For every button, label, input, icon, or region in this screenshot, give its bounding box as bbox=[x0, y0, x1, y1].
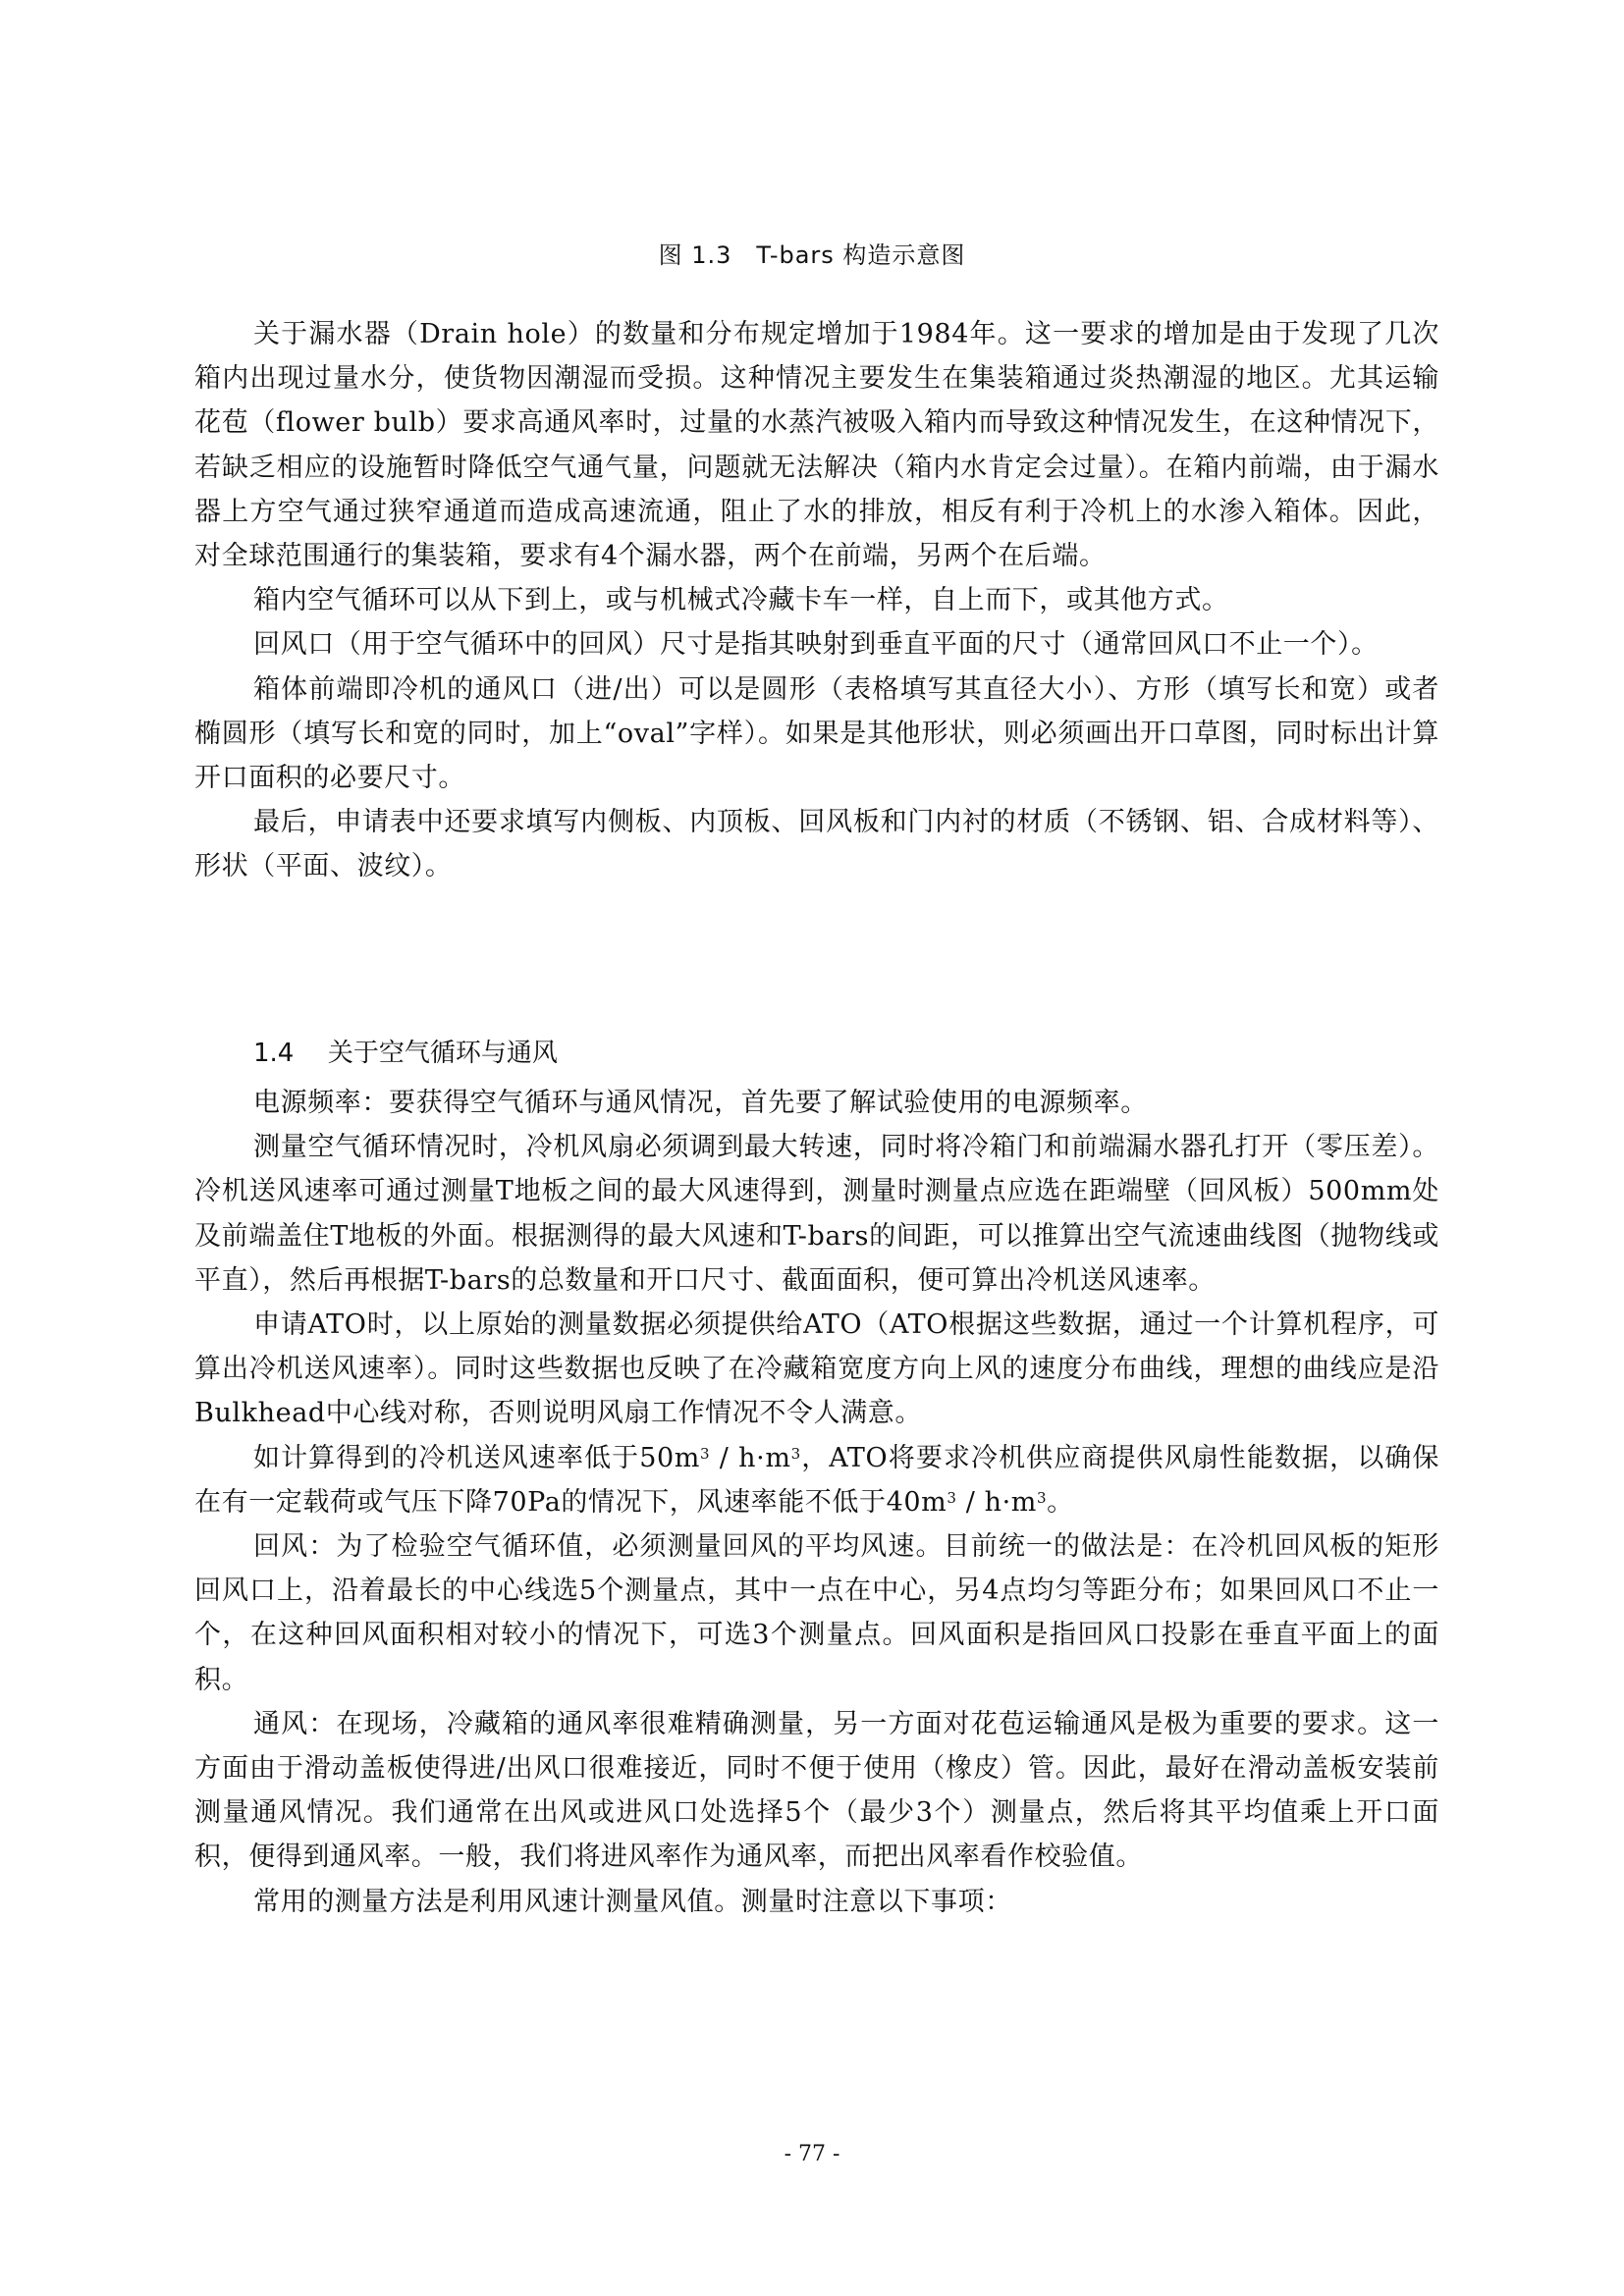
paragraph-vent-shape: 箱体前端即冷机的通风口（进/出）可以是圆形（表格填写其直径大小）、方形（填写长和… bbox=[194, 667, 1439, 801]
section-number: 1.4 bbox=[253, 1039, 294, 1068]
paragraph-air-rate-threshold: 如计算得到的冷机送风速率低于50m3 / h·m3，ATO将要求冷机供应商提供风… bbox=[194, 1436, 1439, 1524]
page-number: - 77 - bbox=[0, 2142, 1624, 2166]
section-title: 关于空气循环与通风 bbox=[328, 1039, 558, 1068]
figure-caption: 图 1.3 T-bars 构造示意图 bbox=[0, 236, 1624, 270]
paragraph-air-circulation-direction: 箱内空气循环可以从下到上，或与机械式冷藏卡车一样，自上而下，或其他方式。 bbox=[194, 578, 1439, 622]
document-page: 图 1.3 T-bars 构造示意图 关于漏水器（Drain hole）的数量和… bbox=[0, 0, 1624, 2296]
paragraph-materials: 最后，申请表中还要求填写内侧板、内顶板、回风板和门内衬的材质（不锈钢、铝、合成材… bbox=[194, 800, 1439, 888]
section-heading: 1.4 关于空气循环与通风 bbox=[253, 1033, 558, 1069]
paragraph-measurement-circulation: 测量空气循环情况时，冷机风扇必须调到最大转速，同时将冷箱门和前端漏水器孔打开（零… bbox=[194, 1125, 1439, 1303]
paragraph-drain-hole: 关于漏水器（Drain hole）的数量和分布规定增加于1984年。这一要求的增… bbox=[194, 312, 1439, 578]
body-section-b: 电源频率：要获得空气循环与通风情况，首先要了解试验使用的电源频率。 测量空气循环… bbox=[194, 1081, 1439, 1924]
paragraph-measurement-method: 常用的测量方法是利用风速计测量风值。测量时注意以下事项： bbox=[194, 1880, 1439, 1924]
body-section-a: 关于漏水器（Drain hole）的数量和分布规定增加于1984年。这一要求的增… bbox=[194, 312, 1439, 889]
paragraph-power-frequency: 电源频率：要获得空气循环与通风情况，首先要了解试验使用的电源频率。 bbox=[194, 1081, 1439, 1125]
paragraph-ato-application: 申请ATO时，以上原始的测量数据必须提供给ATO（ATO根据这些数据，通过一个计… bbox=[194, 1303, 1439, 1436]
paragraph-return-air: 回风：为了检验空气循环值，必须测量回风的平均风速。目前统一的做法是：在冷机回风板… bbox=[194, 1524, 1439, 1702]
paragraph-return-air-size: 回风口（用于空气循环中的回风）尺寸是指其映射到垂直平面的尺寸（通常回风口不止一个… bbox=[194, 622, 1439, 667]
paragraph-ventilation: 通风：在现场，冷藏箱的通风率很难精确测量，另一方面对花苞运输通风是极为重要的要求… bbox=[194, 1702, 1439, 1880]
